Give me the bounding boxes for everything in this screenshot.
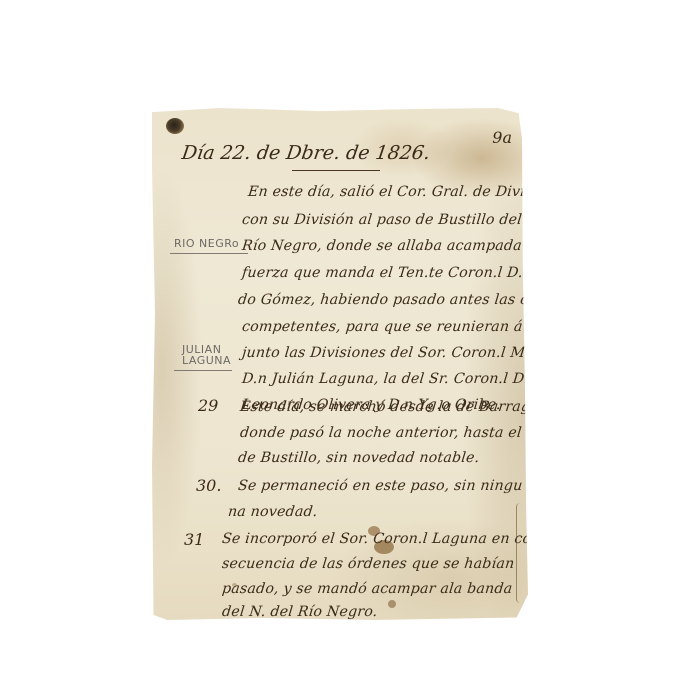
entry-day: 30. — [196, 476, 221, 495]
document-heading: Día 22. de Dbre. de 1826. — [180, 142, 431, 164]
entry-line: En este día, salió el Cor. Gral. de Divi… — [247, 184, 556, 200]
entry-line: secuencia de las órdenes que se habían — [221, 556, 515, 572]
entry-line: con su División al paso de Bustillo del — [241, 212, 523, 228]
entry-line: de Bustillo, sin novedad notable. — [237, 450, 480, 466]
margin-note-julian-laguna: JULIAN LAGUNA — [182, 344, 231, 366]
entry-line: junto las Divisiones del Sor. Coron.l Mo… — [241, 345, 545, 361]
entry-line: competentes, para que se reunieran á ést… — [241, 319, 559, 335]
binding-hole — [166, 118, 184, 134]
entry-line: pasado, y se mandó acampar ala banda — [221, 581, 513, 597]
heading-underline — [292, 170, 380, 171]
page-number: 9a — [492, 128, 512, 147]
manuscript-page: 9a Día 22. de Dbre. de 1826. RIO NEGRo J… — [152, 108, 528, 620]
margin-note-underline — [174, 370, 232, 371]
folded-page-edge — [516, 503, 524, 603]
entry-day: 29 — [198, 396, 218, 415]
entry-line: Se permaneció en este paso, sin ningu — [237, 478, 523, 494]
entry-line: D.n Julián Laguna, la del Sr. Coron.l D.… — [241, 371, 539, 387]
entry-line: na novedad. — [227, 504, 318, 520]
entry-line: donde pasó la noche anterior, hasta el p… — [239, 425, 561, 441]
ink-stain — [388, 600, 396, 608]
entry-line: do Gómez, habiendo pasado antes las órde… — [237, 292, 580, 308]
margin-note-rio-negro: RIO NEGRo — [174, 238, 239, 249]
entry-day: 31 — [184, 530, 204, 549]
entry-line: Río Negro, donde se allaba acampada la — [241, 238, 541, 254]
entry-line: Este día, se marchó desde la de Barragán — [239, 399, 549, 415]
entry-line: Se incorporó el Sor. Coron.l Laguna en c… — [221, 531, 541, 547]
entry-line: del N. del Río Negro. — [221, 604, 378, 620]
entry-line: fuerza que manda el Ten.te Coron.l D.n S… — [241, 265, 589, 281]
margin-note-underline — [170, 253, 248, 254]
